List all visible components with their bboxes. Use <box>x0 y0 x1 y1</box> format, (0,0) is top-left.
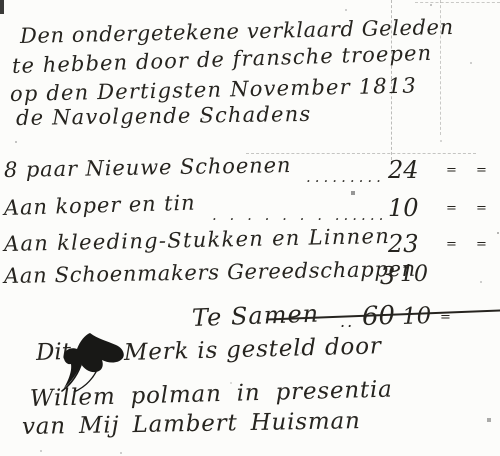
attestation-after-mark: Merk is gesteld door <box>124 335 382 365</box>
total-leader-dots: .. <box>340 314 354 330</box>
attestation-clerk-line: van Mij Lambert Huisman <box>22 410 361 439</box>
total-stuivers: 10 <box>402 305 432 329</box>
claim-description: Aan Schoenmakers Gereedschappen <box>4 259 416 287</box>
scanned-handwritten-document: Den ondergetekene verklaard Geleden te h… <box>0 0 500 456</box>
amount-penningen: = <box>476 238 487 251</box>
total-label: Te Samen <box>192 302 320 330</box>
intro-line-4: de Navolgende Schadens <box>16 104 312 129</box>
claim-description: Aan koper en tin <box>4 193 196 219</box>
claim-row: 8 paar Nieuwe Schoenen ......... 24 = = <box>0 158 500 192</box>
amount-guilders: 23 <box>388 232 419 256</box>
dot-leader: . . . . . . . ...... <box>212 208 387 223</box>
amount-guilders: 24 <box>388 158 419 182</box>
amount-penningen: = <box>476 164 487 177</box>
scan-corner-mark <box>0 0 4 14</box>
fold-line-horizontal-2 <box>415 2 500 3</box>
intro-line-3: op den Dertigsten November 1813 <box>10 75 417 105</box>
claim-description: 8 paar Nieuwe Schoenen <box>4 155 292 181</box>
amount-stuivers: = <box>446 238 457 251</box>
claim-row: Aan Schoenmakers Gereedschappen 3 10 <box>0 264 500 298</box>
amount-stuivers: = <box>446 202 457 215</box>
amount-stuivers: = <box>446 164 457 177</box>
intro-line-2: te hebben door de fransche troepen <box>12 43 433 77</box>
amount-guilders: 10 <box>388 196 419 220</box>
amount-penningen: = <box>476 202 487 215</box>
amount-stuivers: 10 <box>400 264 428 286</box>
claim-description: Aan kleeding-Stukken en Linnen <box>4 226 390 255</box>
total-guilders: 60 <box>362 303 396 330</box>
paper-speckles <box>0 0 2 2</box>
total-suffix-mark: = <box>440 311 451 324</box>
claim-row: Aan koper en tin . . . . . . . ...... 10… <box>0 196 500 230</box>
dot-leader: ......... <box>306 170 385 185</box>
amount-guilders: 3 <box>380 264 395 288</box>
